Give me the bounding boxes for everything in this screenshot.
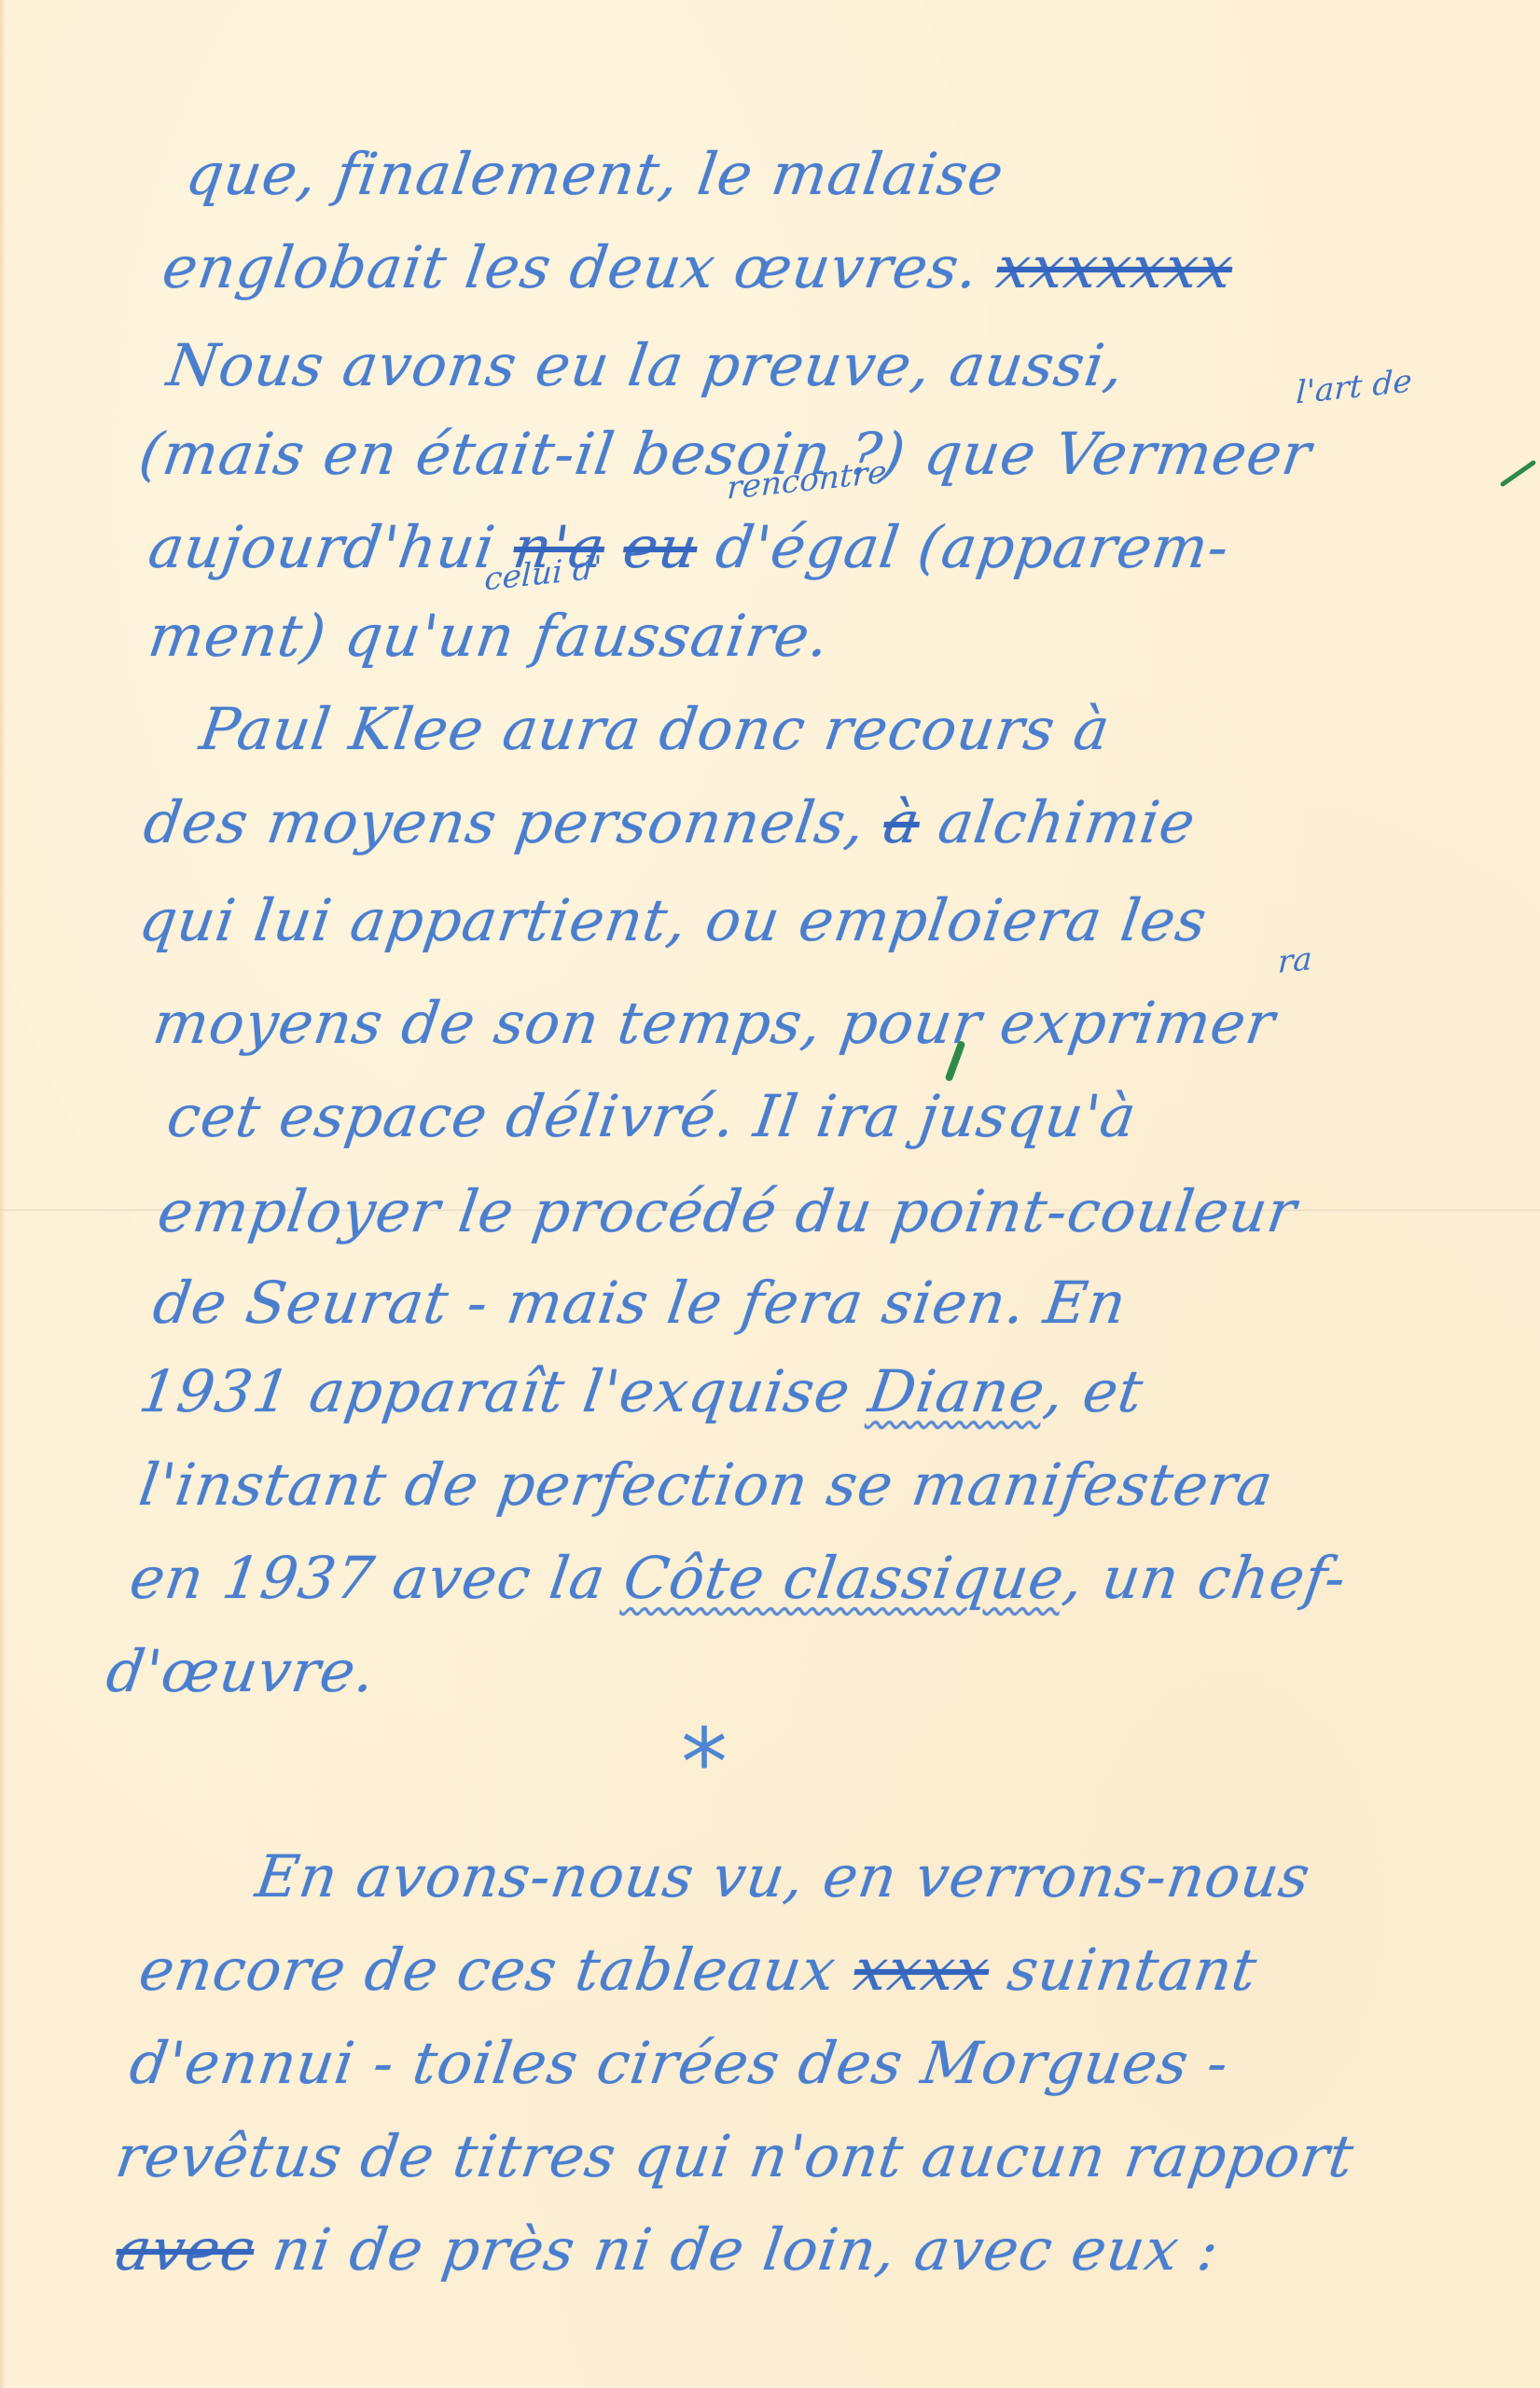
line-text: employer le procédé du point-couleur xyxy=(154,1177,1301,1245)
manuscript-line: (mais en était-il besoin ?) que Vermeer xyxy=(135,420,1316,488)
line-text: d'égal (apparem- xyxy=(712,513,1233,581)
manuscript-line: employer le procédé du point-couleur xyxy=(154,1177,1301,1245)
line-text: l'instant de perfection se manifestera xyxy=(135,1451,1278,1519)
manuscript-line: en 1937 avec la Côte classique, un chef- xyxy=(126,1544,1351,1612)
manuscript-line: englobait les deux œuvres. xxxxxxx xyxy=(159,233,1237,301)
manuscript-line: avec ni de près ni de loin, avec eux : xyxy=(112,2215,1224,2284)
line-text: d'œuvre. xyxy=(103,1637,380,1705)
line-text: revêtus de titres qui n'ont aucun rappor… xyxy=(112,2122,1358,2190)
line-text: alchimie xyxy=(935,788,1200,856)
manuscript-line: des moyens personnels, à alchimie xyxy=(140,788,1200,856)
manuscript-line: encore de ces tableaux xxxx suintant xyxy=(135,1936,1261,2004)
line-text: , un chef- xyxy=(1060,1544,1351,1612)
line-text: Paul Klee aura donc recours à xyxy=(196,695,1115,763)
line-text: ment) qu'un faussaire. xyxy=(145,602,834,670)
manuscript-line: Paul Klee aura donc recours à xyxy=(196,695,1115,763)
line-text: que, finalement, le malaise xyxy=(182,140,1008,208)
manuscript-line: En avons-nous vu, en verrons-nous xyxy=(252,1842,1315,1910)
manuscript-line: ment) qu'un faussaire. xyxy=(145,602,834,670)
struck-out-text: xxxxxxx xyxy=(992,233,1237,301)
line-text: En avons-nous vu, en verrons-nous xyxy=(252,1842,1315,1910)
manuscript-line: aujourd'hui n'a eu d'égal (apparem- xyxy=(145,513,1234,581)
section-separator-asterisk: * xyxy=(681,1716,728,1810)
line-text: des moyens personnels, xyxy=(140,788,870,856)
line-text: , et xyxy=(1040,1357,1147,1425)
inserted-correction: ra xyxy=(1277,940,1312,981)
line-text: (mais en était-il besoin ?) que Vermeer xyxy=(135,420,1316,488)
line-text: ni de près ni de loin, avec eux : xyxy=(269,2215,1224,2284)
manuscript-line: l'instant de perfection se manifestera xyxy=(135,1451,1278,1519)
struck-out-text: à xyxy=(880,788,924,856)
line-text: d'ennui - toiles cirées des Morgues - xyxy=(126,2029,1233,2097)
line-text: de Seurat - mais le fera sien. En xyxy=(149,1269,1131,1337)
manuscript-line: moyens de son temps, pour exprimer xyxy=(149,989,1280,1057)
line-text: cet espace délivré. Il ira jusqu'à xyxy=(163,1082,1141,1150)
manuscript-line: 1931 apparaît l'exquise Diane, et xyxy=(135,1357,1147,1425)
manuscript-line: qui lui appartient, ou emploiera les xyxy=(135,886,1212,954)
struck-out-text: xxxx xyxy=(850,1936,993,2004)
manuscript-line: d'ennui - toiles cirées des Morgues - xyxy=(126,2029,1233,2097)
line-text: en 1937 avec la xyxy=(126,1544,610,1612)
line-text: qui lui appartient, ou emploiera les xyxy=(135,886,1212,954)
line-text: moyens de son temps, pour exprimer xyxy=(149,989,1280,1057)
line-text: Nous avons eu la preuve, aussi, xyxy=(163,331,1129,399)
line-text: 1931 apparaît l'exquise xyxy=(135,1357,855,1425)
underlined-title: Côte classique xyxy=(619,1544,1069,1612)
manuscript-line: d'œuvre. xyxy=(103,1637,380,1705)
underlined-title: Diane xyxy=(865,1357,1049,1425)
manuscript-line: revêtus de titres qui n'ont aucun rappor… xyxy=(112,2122,1358,2190)
line-text: encore de ces tableaux xyxy=(135,1936,840,2004)
manuscript-line: cet espace délivré. Il ira jusqu'à xyxy=(163,1082,1141,1150)
struck-out-text: eu xyxy=(619,513,702,581)
manuscript-line: que, finalement, le malaise xyxy=(182,140,1008,208)
manuscript-line: de Seurat - mais le fera sien. En xyxy=(149,1269,1131,1337)
manuscript-line: Nous avons eu la preuve, aussi, xyxy=(163,331,1129,399)
paper-left-edge xyxy=(0,0,6,2388)
line-text: suintant xyxy=(1004,1936,1261,2004)
line-text: englobait les deux œuvres. xyxy=(159,233,983,301)
line-text: aujourd'hui xyxy=(145,513,500,581)
struck-out-text: avec xyxy=(112,2215,259,2284)
